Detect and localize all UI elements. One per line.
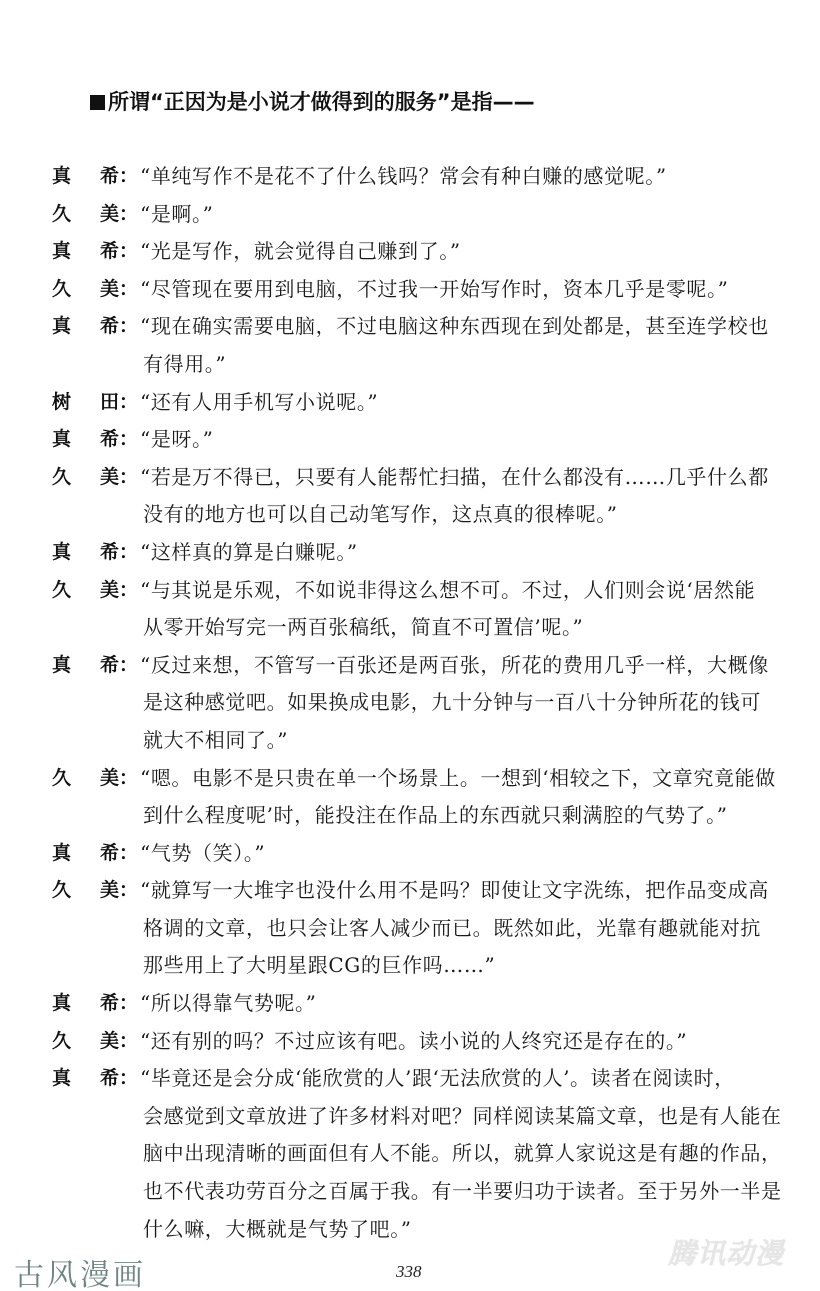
- speaker-name-char-2: 美：: [100, 872, 138, 910]
- dialogue-entry: 真希：“这样真的算是白赚呢。”: [0, 534, 820, 572]
- speaker-name: 真希：: [0, 985, 140, 1023]
- speaker-name: 久美：: [0, 760, 140, 798]
- speech-line: “毕竟还是会分成‘能欣赏的人’跟‘无法欣赏的人’。读者在阅读时，: [140, 1060, 774, 1098]
- speech-text: “与其说是乐观，不如说非得这么想不可。不过，人们则会说‘居然能从零开始写完一两百…: [140, 572, 774, 647]
- speech-line: 有得用。”: [140, 346, 774, 384]
- dialogue-entry: 久美：“还有别的吗？不过应该有吧。读小说的人终究还是存在的。”: [0, 1023, 820, 1061]
- speech-line: 那些用上了大明星跟CG的巨作吗……”: [140, 947, 774, 985]
- speaker-name-char-2: 田：: [100, 384, 138, 422]
- dialogue-entry: 真希：“是呀。”: [0, 421, 820, 459]
- dialogue-entry: 真希：“现在确实需要电脑，不过电脑这种东西现在到处都是，甚至连学校也有得用。”: [0, 308, 820, 383]
- speaker-name-char-2: 希：: [100, 233, 138, 271]
- speech-line: “光是写作，就会觉得自己赚到了。”: [140, 233, 774, 271]
- speech-text: “反过来想，不管写一百张还是两百张，所花的费用几乎一样，大概像是这种感觉吧。如果…: [140, 647, 774, 760]
- speaker-name: 久美：: [0, 271, 140, 309]
- speaker-name-char-1: 久: [52, 1023, 71, 1061]
- watermark-tencent-comics: 腾讯动漫: [668, 1236, 798, 1272]
- speaker-name-char-2: 美：: [100, 572, 138, 610]
- speaker-name-char-2: 美：: [100, 196, 138, 234]
- page-number: 338: [396, 1262, 422, 1282]
- speaker-name-char-2: 希：: [100, 534, 138, 572]
- speaker-name-char-1: 真: [52, 534, 71, 572]
- speaker-name: 久美：: [0, 872, 140, 910]
- speech-line: “若是万不得已，只要有人能帮忙扫描，在什么都没有……几乎什么都: [140, 459, 774, 497]
- speaker-name: 真希：: [0, 158, 140, 196]
- speaker-name-char-1: 久: [52, 572, 71, 610]
- speech-line: “这样真的算是白赚呢。”: [140, 534, 774, 572]
- book-page: 所谓“正因为是小说才做得到的服务”是指—— 真希：“单纯写作不是花不了什么钱吗？…: [0, 0, 820, 1291]
- speaker-name-char-2: 美：: [100, 271, 138, 309]
- speaker-name: 真希：: [0, 1060, 140, 1098]
- speaker-name-char-1: 真: [52, 1060, 71, 1098]
- speaker-name: 真希：: [0, 534, 140, 572]
- speech-text: “这样真的算是白赚呢。”: [140, 534, 774, 572]
- speech-text: “是啊。”: [140, 196, 774, 234]
- speech-text: “毕竟还是会分成‘能欣赏的人’跟‘无法欣赏的人’。读者在阅读时，会感觉到文章放进…: [140, 1060, 774, 1248]
- speech-line: “尽管现在要用到电脑，不过我一开始写作时，资本几乎是零呢。”: [140, 271, 774, 309]
- speaker-name-char-1: 树: [52, 384, 71, 422]
- speaker-name-char-1: 真: [52, 647, 71, 685]
- speech-line: “气势（笑）。”: [140, 835, 774, 873]
- speech-line: 脑中出现清晰的画面但有人不能。所以，就算人家说这是有趣的作品，: [140, 1135, 774, 1173]
- speech-line: 从零开始写完一两百张稿纸，简直不可置信’呢。”: [140, 609, 774, 647]
- speech-line: 是这种感觉吧。如果换成电影，九十分钟与一百八十分钟所花的钱可: [140, 684, 774, 722]
- speaker-name-char-2: 美：: [100, 1023, 138, 1061]
- speech-line: “现在确实需要电脑，不过电脑这种东西现在到处都是，甚至连学校也: [140, 308, 774, 346]
- speaker-name: 树田：: [0, 384, 140, 422]
- speaker-name-char-2: 希：: [100, 985, 138, 1023]
- speaker-name-char-1: 久: [52, 872, 71, 910]
- speech-line: “与其说是乐观，不如说非得这么想不可。不过，人们则会说‘居然能: [140, 572, 774, 610]
- speech-text: “现在确实需要电脑，不过电脑这种东西现在到处都是，甚至连学校也有得用。”: [140, 308, 774, 383]
- speaker-name-char-2: 希：: [100, 308, 138, 346]
- speaker-name-char-2: 美：: [100, 459, 138, 497]
- dialogue-transcript: 真希：“单纯写作不是花不了什么钱吗？常会有种白赚的感觉呢。”久美：“是啊。”真希…: [0, 158, 820, 1248]
- speech-line: “所以得靠气势呢。”: [140, 985, 774, 1023]
- speaker-name: 真希：: [0, 308, 140, 346]
- dialogue-entry: 久美：“若是万不得已，只要有人能帮忙扫描，在什么都没有……几乎什么都没有的地方也…: [0, 459, 820, 534]
- dialogue-entry: 久美：“嗯。电影不是只贵在单一个场景上。一想到‘相较之下，文章究竟能做到什么程度…: [0, 760, 820, 835]
- dialogue-entry: 真希：“所以得靠气势呢。”: [0, 985, 820, 1023]
- speaker-name-char-1: 久: [52, 760, 71, 798]
- speech-line: “是呀。”: [140, 421, 774, 459]
- speech-line: 会感觉到文章放进了许多材料对吧？同样阅读某篇文章，也是有人能在: [140, 1098, 774, 1136]
- dialogue-entry: 树田：“还有人用手机写小说呢。”: [0, 384, 820, 422]
- speaker-name-char-1: 久: [52, 271, 71, 309]
- speech-line: “嗯。电影不是只贵在单一个场景上。一想到‘相较之下，文章究竟能做: [140, 760, 774, 798]
- speaker-name: 真希：: [0, 835, 140, 873]
- speech-line: 就大不相同了。”: [140, 722, 774, 760]
- speaker-name: 久美：: [0, 572, 140, 610]
- dialogue-entry: 真希：“光是写作，就会觉得自己赚到了。”: [0, 233, 820, 271]
- section-heading: 所谓“正因为是小说才做得到的服务”是指——: [90, 86, 535, 116]
- speech-line: “还有别的吗？不过应该有吧。读小说的人终究还是存在的。”: [140, 1023, 774, 1061]
- speaker-name: 久美：: [0, 459, 140, 497]
- watermark-gufeng-manhua: 古风漫画: [14, 1250, 146, 1291]
- speaker-name: 久美：: [0, 196, 140, 234]
- speaker-name: 真希：: [0, 233, 140, 271]
- speech-line: “就算写一大堆字也没什么用不是吗？即使让文字洗练，把作品变成高: [140, 872, 774, 910]
- dialogue-entry: 久美：“尽管现在要用到电脑，不过我一开始写作时，资本几乎是零呢。”: [0, 271, 820, 309]
- dialogue-entry: 久美：“就算写一大堆字也没什么用不是吗？即使让文字洗练，把作品变成高格调的文章，…: [0, 872, 820, 985]
- speech-text: “所以得靠气势呢。”: [140, 985, 774, 1023]
- section-heading-text: 所谓“正因为是小说才做得到的服务”是指——: [108, 90, 535, 114]
- speaker-name-char-1: 真: [52, 233, 71, 271]
- dialogue-entry: 真希：“单纯写作不是花不了什么钱吗？常会有种白赚的感觉呢。”: [0, 158, 820, 196]
- dialogue-entry: 久美：“是啊。”: [0, 196, 820, 234]
- speaker-name: 真希：: [0, 647, 140, 685]
- speech-text: “尽管现在要用到电脑，不过我一开始写作时，资本几乎是零呢。”: [140, 271, 774, 309]
- dialogue-entry: 久美：“与其说是乐观，不如说非得这么想不可。不过，人们则会说‘居然能从零开始写完…: [0, 572, 820, 647]
- speech-text: “还有别的吗？不过应该有吧。读小说的人终究还是存在的。”: [140, 1023, 774, 1061]
- speaker-name-char-1: 真: [52, 985, 71, 1023]
- speaker-name: 真希：: [0, 421, 140, 459]
- speech-line: 没有的地方也可以自己动笔写作，这点真的很棒呢。”: [140, 496, 774, 534]
- speaker-name-char-1: 真: [52, 158, 71, 196]
- speech-line: 到什么程度呢’时，能投注在作品上的东西就只剩满腔的气势了。”: [140, 797, 774, 835]
- speech-line: “还有人用手机写小说呢。”: [140, 384, 774, 422]
- speaker-name-char-2: 希：: [100, 1060, 138, 1098]
- speaker-name-char-1: 久: [52, 196, 71, 234]
- speech-text: “气势（笑）。”: [140, 835, 774, 873]
- speech-text: “是呀。”: [140, 421, 774, 459]
- speech-text: “单纯写作不是花不了什么钱吗？常会有种白赚的感觉呢。”: [140, 158, 774, 196]
- speaker-name-char-1: 真: [52, 421, 71, 459]
- speaker-name-char-2: 美：: [100, 760, 138, 798]
- speaker-name-char-2: 希：: [100, 158, 138, 196]
- speech-line: “是啊。”: [140, 196, 774, 234]
- speaker-name-char-1: 真: [52, 308, 71, 346]
- speaker-name-char-1: 真: [52, 835, 71, 873]
- speaker-name: 久美：: [0, 1023, 140, 1061]
- speaker-name-char-2: 希：: [100, 421, 138, 459]
- speech-text: “若是万不得已，只要有人能帮忙扫描，在什么都没有……几乎什么都没有的地方也可以自…: [140, 459, 774, 534]
- speech-line: 格调的文章，也只会让客人减少而已。既然如此，光靠有趣就能对抗: [140, 910, 774, 948]
- speaker-name-char-2: 希：: [100, 647, 138, 685]
- speech-text: “就算写一大堆字也没什么用不是吗？即使让文字洗练，把作品变成高格调的文章，也只会…: [140, 872, 774, 985]
- speaker-name-char-1: 久: [52, 459, 71, 497]
- speech-text: “还有人用手机写小说呢。”: [140, 384, 774, 422]
- speaker-name-char-2: 希：: [100, 835, 138, 873]
- speech-text: “嗯。电影不是只贵在单一个场景上。一想到‘相较之下，文章究竟能做到什么程度呢’时…: [140, 760, 774, 835]
- dialogue-entry: 真希：“气势（笑）。”: [0, 835, 820, 873]
- speech-text: “光是写作，就会觉得自己赚到了。”: [140, 233, 774, 271]
- dialogue-entry: 真希：“毕竟还是会分成‘能欣赏的人’跟‘无法欣赏的人’。读者在阅读时，会感觉到文…: [0, 1060, 820, 1248]
- speech-line: “反过来想，不管写一百张还是两百张，所花的费用几乎一样，大概像: [140, 647, 774, 685]
- dialogue-entry: 真希：“反过来想，不管写一百张还是两百张，所花的费用几乎一样，大概像是这种感觉吧…: [0, 647, 820, 760]
- square-bullet-icon: [90, 95, 105, 110]
- speech-line: “单纯写作不是花不了什么钱吗？常会有种白赚的感觉呢。”: [140, 158, 774, 196]
- speech-line: 也不代表功劳百分之百属于我。有一半要归功于读者。至于另外一半是: [140, 1173, 774, 1211]
